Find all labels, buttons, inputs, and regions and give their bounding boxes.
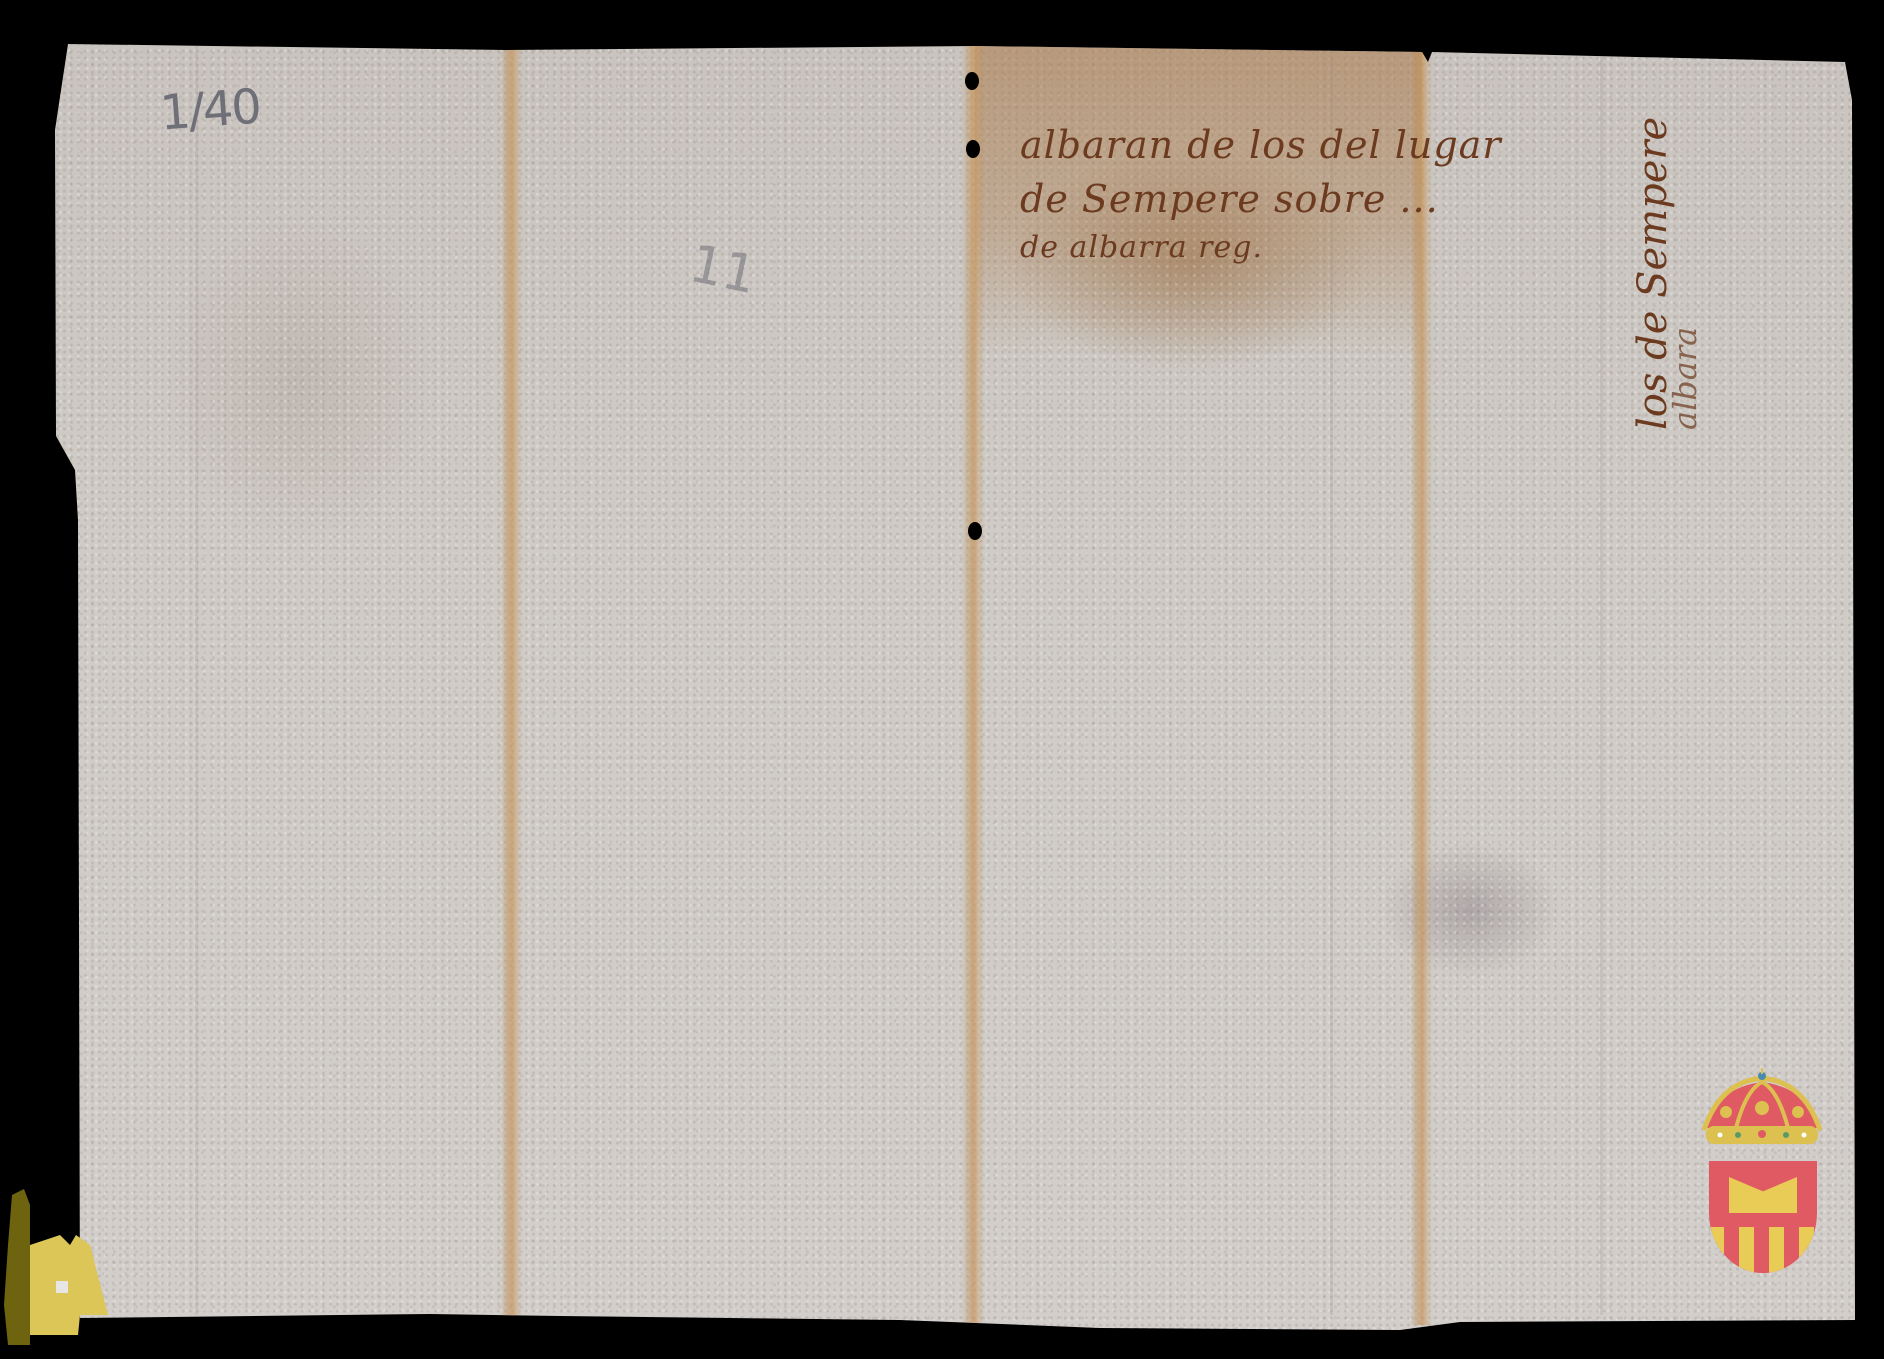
shield [1709, 1161, 1817, 1273]
chevron-band [1729, 1177, 1797, 1213]
endorsement-line: de Sempere sobre ... [1020, 172, 1501, 226]
parchment-document: 1/40 11 albaran de los del lugar de Semp… [0, 0, 1884, 1359]
binding-hole [966, 140, 980, 158]
corner-logo-icon [0, 1185, 120, 1345]
parchment-sheet [0, 0, 1884, 1359]
faint-crease [1600, 45, 1603, 1315]
endorsement-line: albaran de los del lugar [1020, 118, 1501, 172]
shelfmark-pencil: 1/40 [158, 79, 261, 142]
endorsement-line: de albarra reg. [1020, 226, 1501, 270]
binding-hole [968, 522, 982, 540]
fold-line-1 [500, 40, 522, 1325]
endorsement-note: albaran de los del lugar de Sempere sobr… [1020, 118, 1501, 270]
fold-line-2 [962, 40, 984, 1325]
pales-stripes [1709, 1227, 1817, 1273]
coat-of-arms-watermark [1692, 1058, 1832, 1274]
faint-crease [195, 45, 198, 1315]
crown-icon [1696, 1068, 1828, 1152]
vertical-note-line: albara [1666, 327, 1704, 430]
binding-hole [965, 72, 979, 90]
